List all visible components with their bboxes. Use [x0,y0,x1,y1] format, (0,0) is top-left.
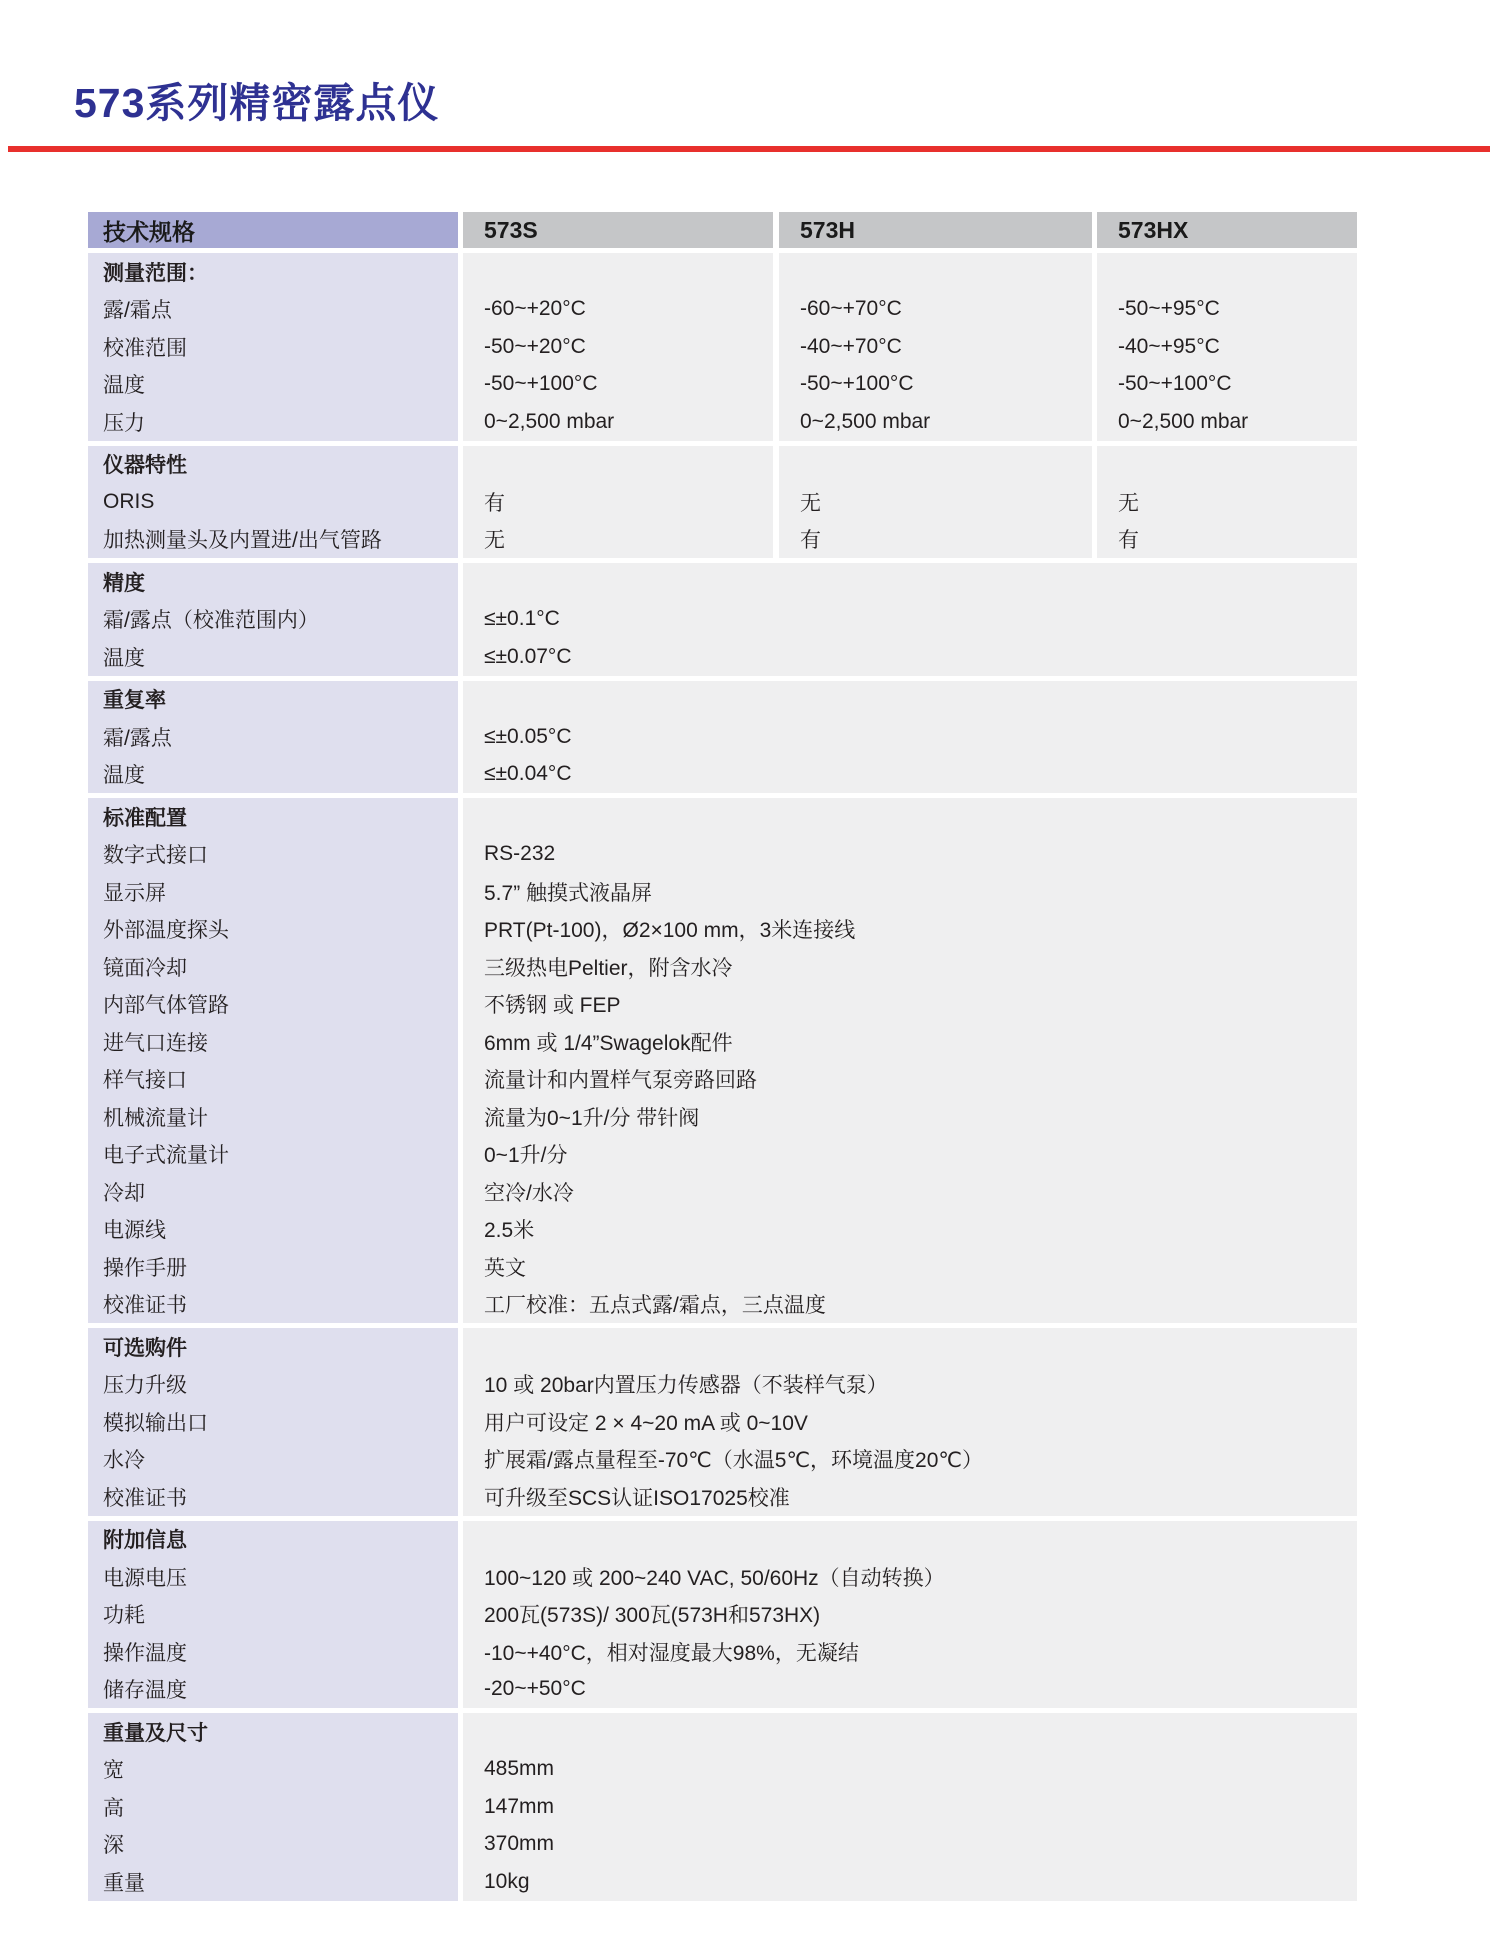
row-label: 模拟输出口 [88,1403,458,1441]
table-row: 外部温度探头PRT(Pt-100)，Ø2×100 mm，3米连接线 [88,911,1357,949]
section-title: 测量范围： [88,253,458,291]
empty-cell [463,681,1357,719]
row-label: 加热测量头及内置进/出气管路 [88,521,458,559]
row-label: 内部气体管路 [88,986,458,1024]
row-label: 温度 [88,756,458,794]
table-row: 电子式流量计0~1升/分 [88,1136,1357,1174]
table-row: 冷却空冷/水冷 [88,1173,1357,1211]
row-value-573hx: -50~+100°C [1097,366,1357,404]
table-row: 功耗200瓦(573S)/ 300瓦(573H和573HX) [88,1596,1357,1634]
table-row: 温度≤±0.07°C [88,638,1357,676]
table-row: 霜/露点（校准范围内）≤±0.1°C [88,601,1357,639]
row-label: 霜/露点（校准范围内） [88,601,458,639]
row-value: -20~+50°C [463,1671,1357,1709]
row-label: 电源线 [88,1211,458,1249]
red-divider-rule [8,146,1490,152]
row-label: 操作手册 [88,1248,458,1286]
row-value: -10~+40°C，相对湿度最大98%，无凝结 [463,1633,1357,1671]
table-row: 样气接口流量计和内置样气泵旁路回路 [88,1061,1357,1099]
row-label: 冷却 [88,1173,458,1211]
row-label: 样气接口 [88,1061,458,1099]
table-section-1: 仪器特性ORIS有无无加热测量头及内置进/出气管路无有有 [88,446,1357,559]
row-label: 电子式流量计 [88,1136,458,1174]
section-title-row: 仪器特性 [88,446,1357,484]
row-label: 露/霜点 [88,291,458,329]
row-label: 重量 [88,1863,458,1901]
table-row: 温度-50~+100°C-50~+100°C-50~+100°C [88,366,1357,404]
row-label: 压力 [88,403,458,441]
empty-cell [463,253,773,291]
datasheet-page: 573系列精密露点仪 技术规格573S573H573HX测量范围：露/霜点-60… [0,0,1498,1940]
section-title: 仪器特性 [88,446,458,484]
row-label: 霜/露点 [88,718,458,756]
row-value: 10kg [463,1863,1357,1901]
row-label: 高 [88,1788,458,1826]
table-section-2: 精度霜/露点（校准范围内）≤±0.1°C温度≤±0.07°C [88,563,1357,676]
row-label: 电源电压 [88,1558,458,1596]
row-value: 空冷/水冷 [463,1173,1357,1211]
row-value-573hx: -40~+95°C [1097,328,1357,366]
row-value: 可升级至SCS认证ISO17025校准 [463,1478,1357,1516]
section-title-row: 精度 [88,563,1357,601]
table-section-3: 重复率霜/露点≤±0.05°C温度≤±0.04°C [88,681,1357,794]
row-value-573s: 无 [463,521,773,559]
row-label: 显示屏 [88,873,458,911]
empty-cell [463,1328,1357,1366]
row-value-573hx: 有 [1097,521,1357,559]
table-row: 操作手册英文 [88,1248,1357,1286]
row-label: 外部温度探头 [88,911,458,949]
row-value-573s: -50~+100°C [463,366,773,404]
model-header-573s: 573S [463,212,773,248]
row-value-573h: -60~+70°C [779,291,1092,329]
row-value-573hx: 无 [1097,483,1357,521]
table-row: 压力升级10 或 20bar内置压力传感器（不装样气泵） [88,1366,1357,1404]
row-label: 机械流量计 [88,1098,458,1136]
section-title: 重复率 [88,681,458,719]
row-value-573hx: -50~+95°C [1097,291,1357,329]
row-value: 147mm [463,1788,1357,1826]
table-row: 进气口连接6mm 或 1/4”Swagelok配件 [88,1023,1357,1061]
table-row: 校准证书工厂校准：五点式露/霜点，三点温度 [88,1286,1357,1324]
row-label: 温度 [88,638,458,676]
table-row: 水冷扩展霜/露点量程至-70℃（水温5℃，环境温度20℃） [88,1441,1357,1479]
section-title: 可选购件 [88,1328,458,1366]
empty-cell [1097,253,1357,291]
section-title: 附加信息 [88,1521,458,1559]
section-title-row: 可选购件 [88,1328,1357,1366]
row-value: 100~120 或 200~240 VAC, 50/60Hz（自动转换） [463,1558,1357,1596]
row-value: ≤±0.05°C [463,718,1357,756]
row-value: 流量计和内置样气泵旁路回路 [463,1061,1357,1099]
row-value: 485mm [463,1751,1357,1789]
row-label: 校准证书 [88,1478,458,1516]
row-label: 校准证书 [88,1286,458,1324]
empty-cell [463,563,1357,601]
row-value: 不锈钢 或 FEP [463,986,1357,1024]
table-row: 模拟输出口用户可设定 2 × 4~20 mA 或 0~10V [88,1403,1357,1441]
row-label: 校准范围 [88,328,458,366]
table-row: 数字式接口RS-232 [88,836,1357,874]
row-label: 功耗 [88,1596,458,1634]
empty-cell [779,446,1092,484]
table-row: 电源线2.5米 [88,1211,1357,1249]
table-row: 压力0~2,500 mbar0~2,500 mbar0~2,500 mbar [88,403,1357,441]
row-label: 宽 [88,1751,458,1789]
row-value: ≤±0.1°C [463,601,1357,639]
table-row: ORIS有无无 [88,483,1357,521]
row-label: 压力升级 [88,1366,458,1404]
row-value-573h: -40~+70°C [779,328,1092,366]
table-section-5: 可选购件压力升级10 或 20bar内置压力传感器（不装样气泵）模拟输出口用户可… [88,1328,1357,1516]
row-value: 英文 [463,1248,1357,1286]
row-value: 三级热电Peltier，附含水冷 [463,948,1357,986]
row-value: 工厂校准：五点式露/霜点，三点温度 [463,1286,1357,1324]
row-value-573h: 0~2,500 mbar [779,403,1092,441]
empty-cell [463,446,773,484]
spec-header-cell: 技术规格 [88,212,458,248]
empty-cell [463,1521,1357,1559]
row-label: 进气口连接 [88,1023,458,1061]
table-row: 霜/露点≤±0.05°C [88,718,1357,756]
table-row: 高147mm [88,1788,1357,1826]
row-value: 2.5米 [463,1211,1357,1249]
row-value-573h: 有 [779,521,1092,559]
table-row: 温度≤±0.04°C [88,756,1357,794]
table-header-row: 技术规格573S573H573HX [88,212,1357,248]
row-value: 用户可设定 2 × 4~20 mA 或 0~10V [463,1403,1357,1441]
row-label: 数字式接口 [88,836,458,874]
table-row: 储存温度-20~+50°C [88,1671,1357,1709]
row-label: 储存温度 [88,1671,458,1709]
section-title-row: 重量及尺寸 [88,1713,1357,1751]
table-row: 露/霜点-60~+20°C-60~+70°C-50~+95°C [88,291,1357,329]
section-title-row: 测量范围： [88,253,1357,291]
row-value: 扩展霜/露点量程至-70℃（水温5℃，环境温度20℃） [463,1441,1357,1479]
table-row: 校准证书可升级至SCS认证ISO17025校准 [88,1478,1357,1516]
table-section-6: 附加信息电源电压100~120 或 200~240 VAC, 50/60Hz（自… [88,1521,1357,1709]
table-row: 深370mm [88,1826,1357,1864]
empty-cell [463,798,1357,836]
empty-cell [1097,446,1357,484]
table-section-4: 标准配置数字式接口RS-232显示屏5.7” 触摸式液晶屏外部温度探头PRT(P… [88,798,1357,1323]
section-title-row: 附加信息 [88,1521,1357,1559]
table-row: 重量10kg [88,1863,1357,1901]
model-header-573hx: 573HX [1097,212,1357,248]
row-label: 镜面冷却 [88,948,458,986]
model-header-573h: 573H [779,212,1092,248]
section-title: 精度 [88,563,458,601]
empty-cell [463,1713,1357,1751]
table-row: 镜面冷却三级热电Peltier，附含水冷 [88,948,1357,986]
row-label: 操作温度 [88,1633,458,1671]
row-value-573s: -60~+20°C [463,291,773,329]
section-title-row: 标准配置 [88,798,1357,836]
row-label: ORIS [88,483,458,521]
table-row: 宽485mm [88,1751,1357,1789]
row-value: 流量为0~1升/分 带针阀 [463,1098,1357,1136]
table-row: 内部气体管路不锈钢 或 FEP [88,986,1357,1024]
row-value-573hx: 0~2,500 mbar [1097,403,1357,441]
row-value-573s: 有 [463,483,773,521]
row-label: 温度 [88,366,458,404]
spec-table: 技术规格573S573H573HX测量范围：露/霜点-60~+20°C-60~+… [88,212,1357,1906]
table-row: 操作温度-10~+40°C，相对湿度最大98%，无凝结 [88,1633,1357,1671]
section-title-row: 重复率 [88,681,1357,719]
row-value-573h: 无 [779,483,1092,521]
section-title: 标准配置 [88,798,458,836]
page-title: 573系列精密露点仪 [74,70,439,129]
table-row: 校准范围-50~+20°C-40~+70°C-40~+95°C [88,328,1357,366]
table-row: 机械流量计流量为0~1升/分 带针阀 [88,1098,1357,1136]
row-value: 200瓦(573S)/ 300瓦(573H和573HX) [463,1596,1357,1634]
row-value-573s: 0~2,500 mbar [463,403,773,441]
table-row: 显示屏5.7” 触摸式液晶屏 [88,873,1357,911]
row-label: 水冷 [88,1441,458,1479]
table-row: 电源电压100~120 或 200~240 VAC, 50/60Hz（自动转换） [88,1558,1357,1596]
empty-cell [779,253,1092,291]
table-row: 加热测量头及内置进/出气管路无有有 [88,521,1357,559]
table-section-0: 测量范围：露/霜点-60~+20°C-60~+70°C-50~+95°C校准范围… [88,253,1357,441]
table-section-7: 重量及尺寸宽485mm高147mm深370mm重量10kg [88,1713,1357,1901]
row-value: 10 或 20bar内置压力传感器（不装样气泵） [463,1366,1357,1404]
row-value: 5.7” 触摸式液晶屏 [463,873,1357,911]
row-value: 0~1升/分 [463,1136,1357,1174]
row-value: ≤±0.04°C [463,756,1357,794]
row-value-573s: -50~+20°C [463,328,773,366]
row-value: PRT(Pt-100)，Ø2×100 mm，3米连接线 [463,911,1357,949]
row-label: 深 [88,1826,458,1864]
row-value: 6mm 或 1/4”Swagelok配件 [463,1023,1357,1061]
row-value: ≤±0.07°C [463,638,1357,676]
row-value: RS-232 [463,836,1357,874]
section-title: 重量及尺寸 [88,1713,458,1751]
row-value: 370mm [463,1826,1357,1864]
row-value-573h: -50~+100°C [779,366,1092,404]
